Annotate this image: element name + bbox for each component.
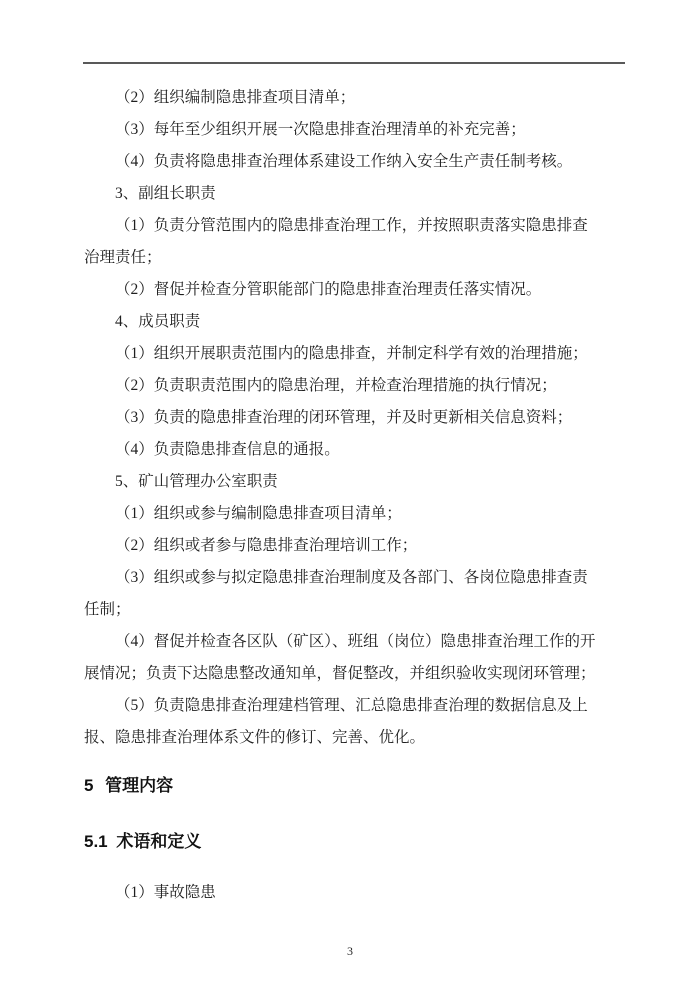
paragraph-line: （1）负责分管范围内的隐患排查治理工作，并按照职责落实隐患排查 bbox=[84, 210, 625, 242]
header-divider-rule bbox=[83, 62, 625, 64]
subsection-heading: 5.1 术语和定义 bbox=[84, 826, 625, 858]
paragraph-line: （4）负责隐患排查信息的通报。 bbox=[84, 434, 625, 466]
paragraph-line: （4）督促并检查各区队（矿区）、班组（岗位）隐患排查治理工作的开 bbox=[84, 626, 625, 658]
paragraph-line: （3）组织或参与拟定隐患排查治理制度及各部门、各岗位隐患排查责 bbox=[84, 562, 625, 594]
page-number: 3 bbox=[0, 944, 700, 958]
paragraph-line-continued: 治理责任； bbox=[84, 242, 625, 274]
list-item-heading: 3、副组长职责 bbox=[84, 178, 625, 210]
document-body: （2）组织编制隐患排查项目清单； （3）每年至少组织开展一次隐患排查治理清单的补… bbox=[84, 74, 625, 909]
paragraph-line: （3）负责的隐患排查治理的闭环管理，并及时更新相关信息资料； bbox=[84, 402, 625, 434]
paragraph-line: （1）组织或参与编制隐患排查项目清单； bbox=[84, 498, 625, 530]
paragraph-line-continued: 展情况；负责下达隐患整改通知单，督促整改，并组织验收实现闭环管理； bbox=[84, 658, 625, 690]
list-item-heading: 4、成员职责 bbox=[84, 306, 625, 338]
paragraph-line-continued: 报、隐患排查治理体系文件的修订、完善、优化。 bbox=[84, 722, 625, 754]
paragraph-line: （3）每年至少组织开展一次隐患排查治理清单的补充完善； bbox=[84, 114, 625, 146]
paragraph-line: （5）负责隐患排查治理建档管理、汇总隐患排查治理的数据信息及上 bbox=[84, 690, 625, 722]
term-intro-line: （1）事故隐患 bbox=[84, 877, 625, 909]
list-item-heading: 5、矿山管理办公室职责 bbox=[84, 466, 625, 498]
document-page: （2）组织编制隐患排查项目清单； （3）每年至少组织开展一次隐患排查治理清单的补… bbox=[0, 0, 700, 990]
paragraph-line: （1）组织开展职责范围内的隐患排查，并制定科学有效的治理措施； bbox=[84, 338, 625, 370]
paragraph-line: （2）督促并检查分管职能部门的隐患排查治理责任落实情况。 bbox=[84, 274, 625, 306]
paragraph-line: （2）负责职责范围内的隐患治理，并检查治理措施的执行情况； bbox=[84, 370, 625, 402]
paragraph-line: （4）负责将隐患排查治理体系建设工作纳入安全生产责任制考核。 bbox=[84, 146, 625, 178]
section-heading: 5 管理内容 bbox=[84, 770, 625, 802]
paragraph-line-continued: 任制； bbox=[84, 594, 625, 626]
paragraph-line: （2）组织编制隐患排查项目清单； bbox=[84, 82, 625, 114]
paragraph-line: （2）组织或者参与隐患排查治理培训工作； bbox=[84, 530, 625, 562]
